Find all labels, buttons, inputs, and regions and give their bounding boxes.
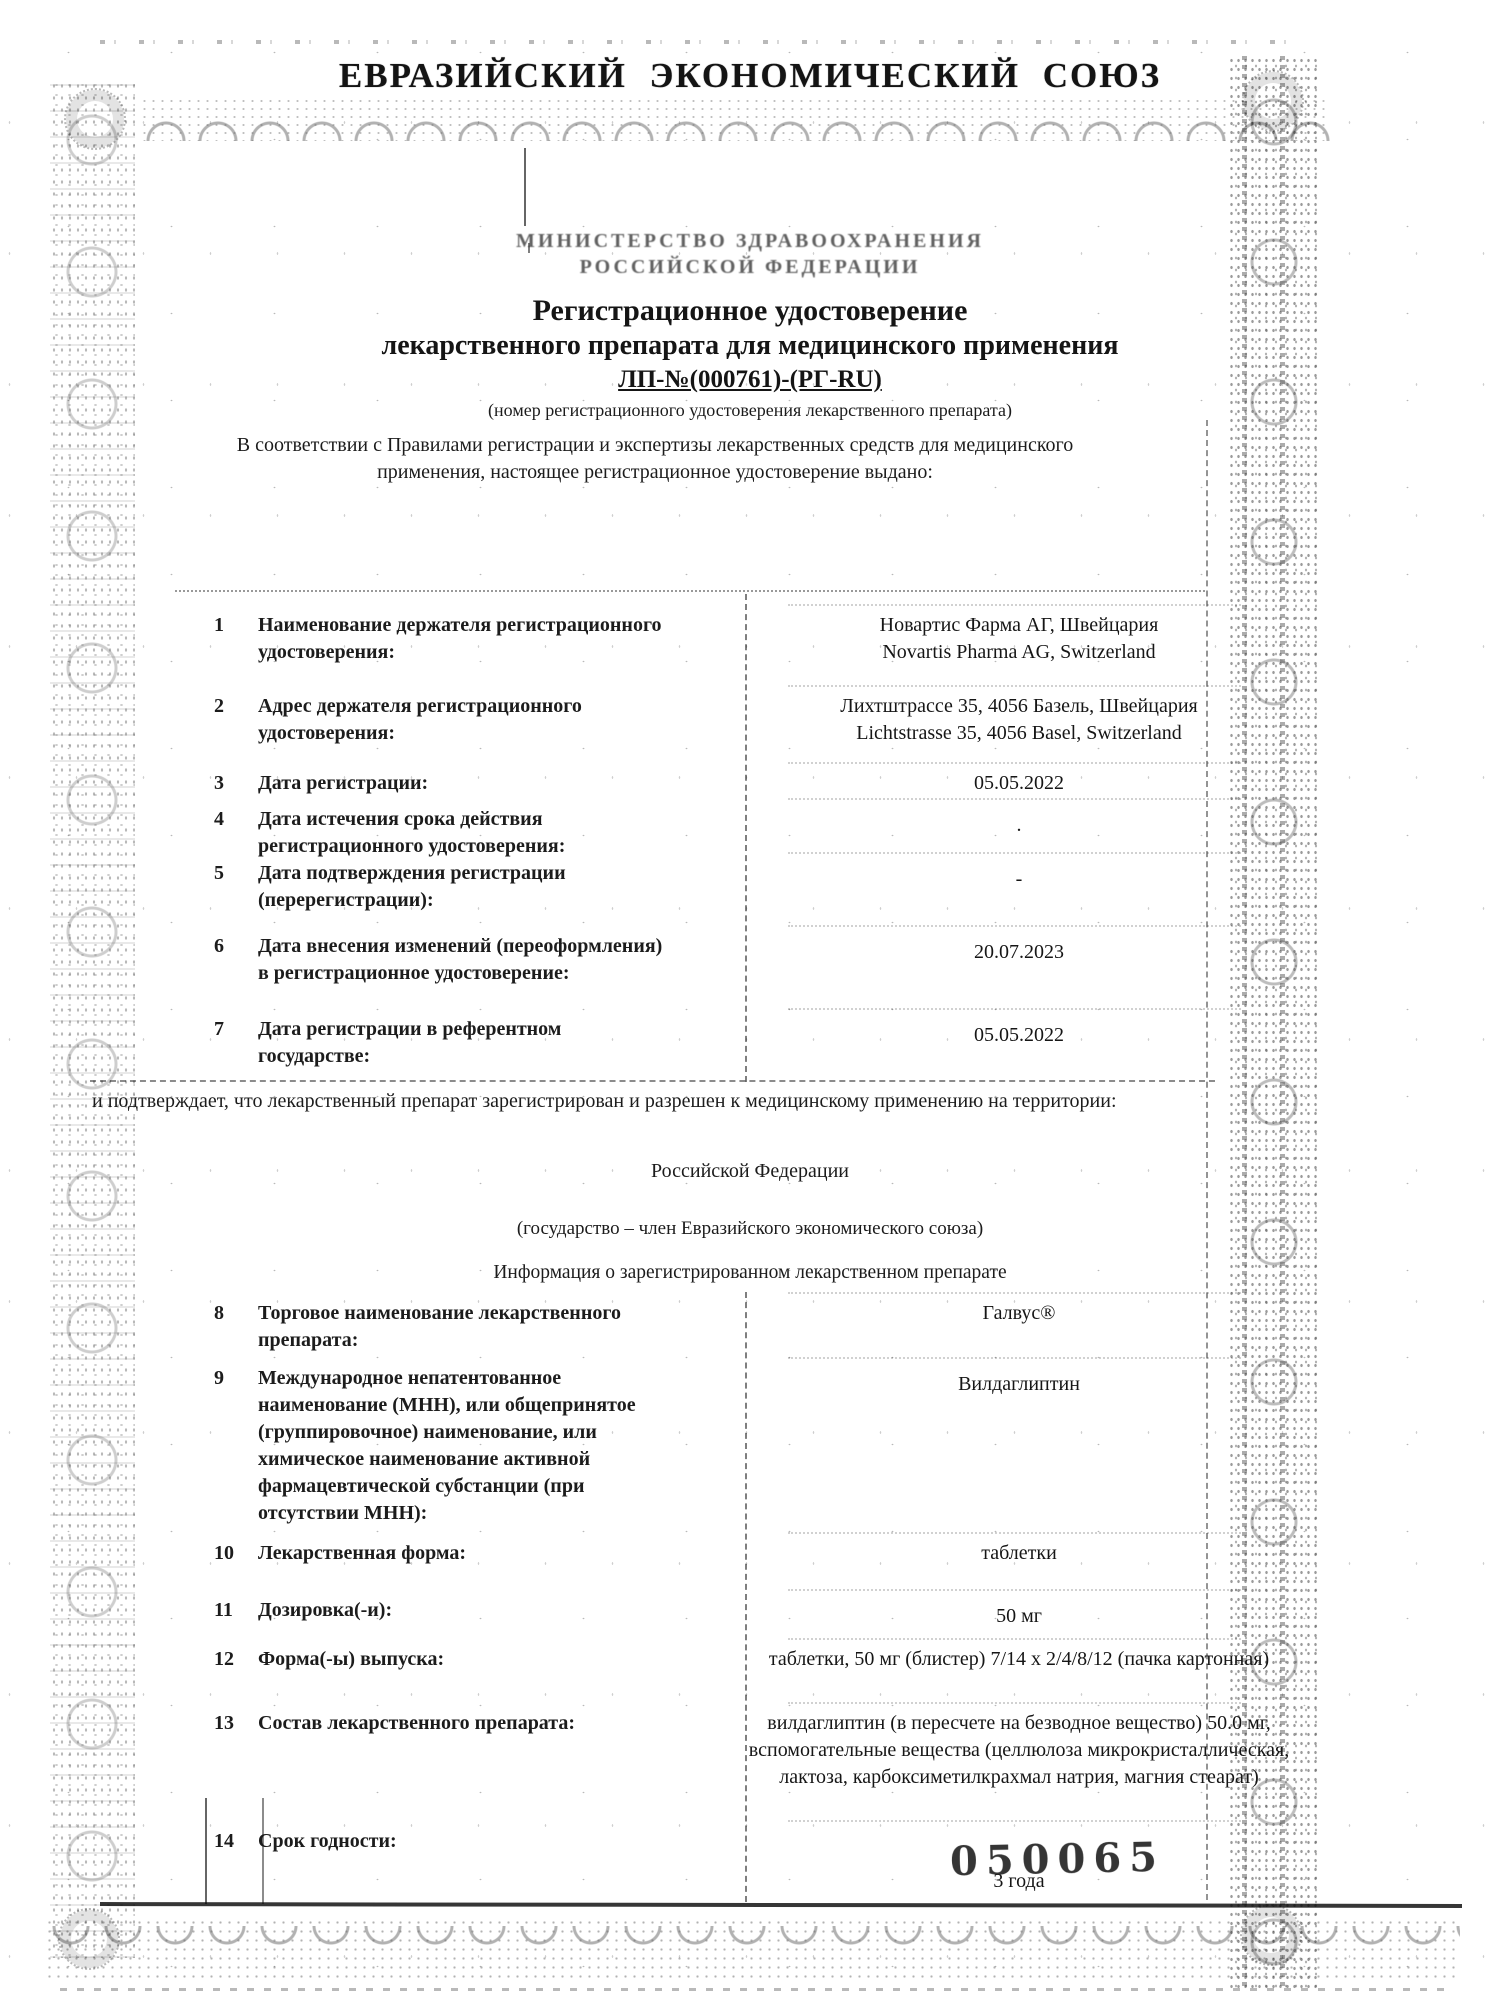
table-row: 5 Дата подтверждения регистрации (перере… — [200, 860, 1290, 914]
row-number: 1 — [200, 612, 258, 666]
row-number: 14 — [200, 1828, 258, 1895]
table-row: 7 Дата регистрации в референтном государ… — [200, 1016, 1290, 1070]
row-label: Дата истечения срока действия регистраци… — [258, 806, 678, 860]
table-row: 2 Адрес держателя регистрационного удост… — [200, 693, 1290, 747]
territory-name: Российской Федерации — [205, 1160, 1295, 1183]
row-label: Торговое наименование лекарственного пре… — [258, 1300, 678, 1354]
row-number: 6 — [200, 933, 258, 987]
table-row: 6 Дата внесения изменений (переоформлени… — [200, 933, 1290, 987]
row-value: - — [678, 860, 1290, 914]
table-row: 9 Международное непатентованное наименов… — [200, 1365, 1290, 1527]
row-value: Новартис Фарма АГ, Швейцария Novartis Ph… — [678, 612, 1290, 666]
registration-number: ЛП-№(000761)-(РГ-RU) — [205, 366, 1295, 394]
table-row: 11 Дозировка(-и): 50 мг — [200, 1597, 1290, 1630]
serial-number-stamp: 050065 — [950, 1834, 1166, 1885]
ministry-line1: МИНИСТЕРСТВО ЗДРАВООХРАНЕНИЯ — [205, 228, 1295, 254]
row-value: 20.07.2023 — [678, 933, 1290, 987]
table-row: 8 Торговое наименование лекарственного п… — [200, 1300, 1290, 1354]
row-label: Адрес держателя регистрационного удостов… — [258, 693, 678, 747]
row-number: 12 — [200, 1646, 258, 1673]
row-label: Состав лекарственного препарата: — [258, 1710, 678, 1791]
row-number: 13 — [200, 1710, 258, 1791]
row-label: Дата регистрации в референтном государст… — [258, 1016, 678, 1070]
intro-paragraph: В соответствии с Правилами регистрации и… — [205, 432, 1105, 486]
row-value: Галвус® — [678, 1300, 1290, 1354]
row-label: Наименование держателя регистрационного … — [258, 612, 678, 666]
row-value: таблетки, 50 мг (блистер) 7/14 х 2/4/8/1… — [678, 1646, 1290, 1673]
ministry-name: МИНИСТЕРСТВО ЗДРАВООХРАНЕНИЯ РОССИЙСКОЙ … — [205, 228, 1295, 280]
row-value: 05.05.2022 — [678, 770, 1290, 797]
document-content: ЕВРАЗИЙСКИЙ ЭКОНОМИЧЕСКИЙ СОЮЗ МИНИСТЕРС… — [0, 0, 1500, 2000]
registration-number-caption: (номер регистрационного удостоверения ле… — [205, 400, 1295, 421]
row-number: 4 — [200, 806, 258, 860]
table-row: 12 Форма(-ы) выпуска: таблетки, 50 мг (б… — [200, 1646, 1290, 1673]
territory-caption: (государство – член Евразийского экономи… — [205, 1218, 1295, 1240]
row-number: 7 — [200, 1016, 258, 1070]
row-value: 05.05.2022 — [678, 1016, 1290, 1070]
row-value: таблетки — [678, 1540, 1290, 1567]
row-label: Дата подтверждения регистрации (перереги… — [258, 860, 678, 914]
row-value: Вилдаглиптин — [678, 1365, 1290, 1527]
confirmation-paragraph: и подтверждает, что лекарственный препар… — [92, 1087, 1317, 1115]
row-number: 11 — [200, 1597, 258, 1630]
document-title-line1: Регистрационное удостоверение — [205, 294, 1295, 328]
row-label: Дата внесения изменений (переоформления)… — [258, 933, 678, 987]
row-value: Лихтштрассе 35, 4056 Базель, Швейцария L… — [678, 693, 1290, 747]
table-row: 13 Состав лекарственного препарата: вилд… — [200, 1710, 1290, 1791]
row-value: вилдаглиптин (в пересчете на безводное в… — [678, 1710, 1290, 1791]
row-label: Форма(-ы) выпуска: — [258, 1646, 678, 1673]
row-value: 50 мг — [678, 1597, 1290, 1630]
table-row: 3 Дата регистрации: 05.05.2022 — [200, 770, 1290, 797]
row-number: 9 — [200, 1365, 258, 1527]
table-row: 1 Наименование держателя регистрационног… — [200, 612, 1290, 666]
table-row: 10 Лекарственная форма: таблетки — [200, 1540, 1290, 1567]
row-number: 3 — [200, 770, 258, 797]
product-info-heading: Информация о зарегистрированном лекарств… — [205, 1262, 1295, 1284]
scanned-registration-certificate: ЕВРАЗИЙСКИЙ ЭКОНОМИЧЕСКИЙ СОЮЗ МИНИСТЕРС… — [0, 0, 1500, 2000]
union-title: ЕВРАЗИЙСКИЙ ЭКОНОМИЧЕСКИЙ СОЮЗ — [0, 56, 1500, 96]
row-label: Дата регистрации: — [258, 770, 678, 797]
row-number: 5 — [200, 860, 258, 914]
ministry-line2: РОССИЙСКОЙ ФЕДЕРАЦИИ — [205, 254, 1295, 280]
row-number: 8 — [200, 1300, 258, 1354]
row-label: Срок годности: — [258, 1828, 678, 1895]
row-number: 2 — [200, 693, 258, 747]
row-label: Дозировка(-и): — [258, 1597, 678, 1630]
row-label: Международное непатентованное наименован… — [258, 1365, 678, 1527]
row-label: Лекарственная форма: — [258, 1540, 678, 1567]
document-title-line2: лекарственного препарата для медицинског… — [150, 330, 1350, 362]
row-number: 10 — [200, 1540, 258, 1567]
